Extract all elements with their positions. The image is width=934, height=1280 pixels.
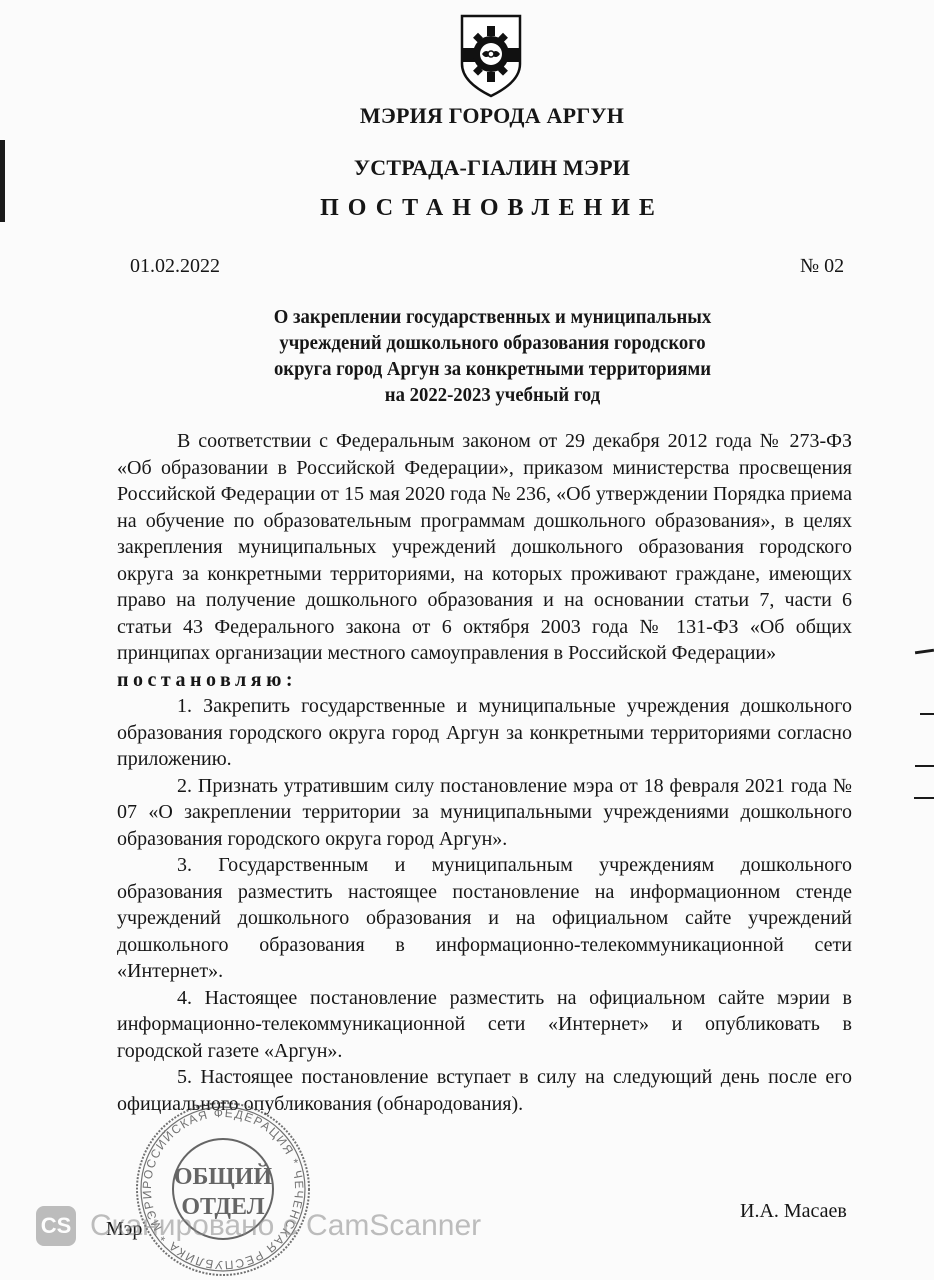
title-line: О закреплении государственных и муниципа… <box>173 305 811 331</box>
title-line: округа город Аргун за конкретными террит… <box>173 357 811 383</box>
title-line: на 2022-2023 учебный год <box>173 383 811 409</box>
scanned-document-page: МЭРИЯ ГОРОДА АРГУН УСТРАДА-ГIАЛИН МЭРИ П… <box>0 0 934 1280</box>
document-date: 01.02.2022 <box>130 255 220 278</box>
scan-edge-right-4 <box>914 797 934 799</box>
issuer-title-russian: МЭРИЯ ГОРОДА АРГУН <box>0 103 934 129</box>
item-2: 2. Признать утратившим силу постановлени… <box>117 773 852 853</box>
title-line: учреждений дошкольного образования город… <box>173 331 811 357</box>
official-stamp-icon: РОССИЙСКАЯ ФЕДЕРАЦИЯ * ЧЕЧЕНСКАЯ РЕСПУБЛ… <box>128 1098 318 1280</box>
camscanner-watermark: CS Сканировано с CamScanner <box>36 1204 481 1248</box>
document-body: В соответствии с Федеральным законом от … <box>117 428 852 1117</box>
item-1: 1. Закрепить государственные и муниципал… <box>117 693 852 773</box>
document-number: № 02 <box>800 255 844 278</box>
camscanner-logo-icon: CS <box>36 1206 76 1246</box>
resolve-word: постановляю: <box>117 669 297 691</box>
preamble-paragraph: В соответствии с Федеральным законом от … <box>117 428 852 667</box>
item-3: 3. Государственным и муниципальным учреж… <box>117 852 852 985</box>
resolve-line: постановляю: <box>117 667 852 694</box>
signature-name: И.А. Масаев <box>740 1200 847 1223</box>
watermark-text: Сканировано с CamScanner <box>90 1209 481 1243</box>
document-type-heading: ПОСТАНОВЛЕНИЕ <box>0 195 934 222</box>
issuer-title-chechen: УСТРАДА-ГIАЛИН МЭРИ <box>0 155 934 181</box>
scan-edge-right-3 <box>915 765 934 767</box>
scan-edge-right-2 <box>920 713 934 715</box>
stamp-center-line1: ОБЩИЙ <box>174 1164 273 1190</box>
item-4: 4. Настоящее постановление разместить на… <box>117 985 852 1065</box>
scan-edge-right-1 <box>915 649 934 655</box>
document-title: О закреплении государственных и муниципа… <box>173 305 811 409</box>
argun-coat-of-arms-icon <box>458 12 524 98</box>
